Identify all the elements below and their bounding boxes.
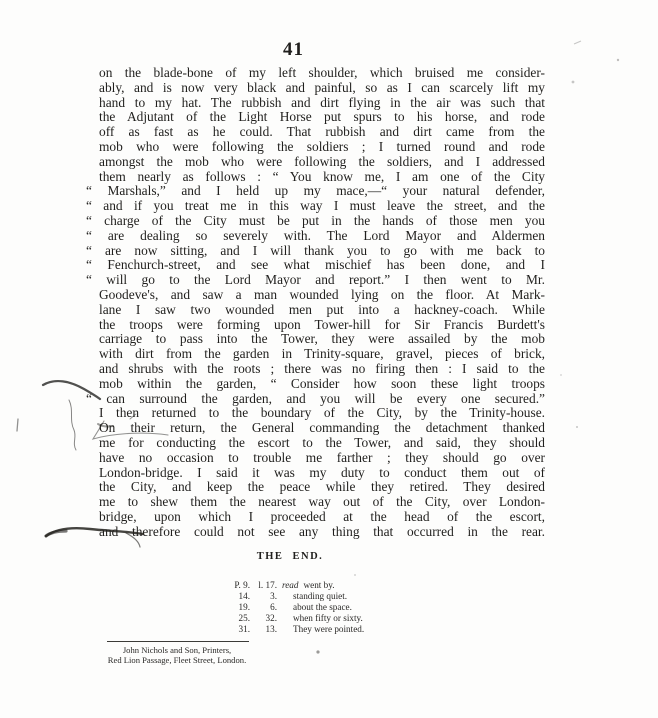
text-line: bridge, upon which I proceeded at the he… bbox=[86, 510, 545, 525]
errata-page-ref: P. 9. bbox=[204, 580, 250, 591]
errata-row: 19.6.about the space. bbox=[204, 602, 364, 613]
imprint-line: Red Lion Passage, Fleet Street, London. bbox=[103, 655, 251, 665]
text-line: have no occasion to trouble me farther ;… bbox=[86, 451, 545, 466]
the-end-label: THE END. bbox=[90, 551, 490, 562]
errata-row: 25.32.when fifty or sixty. bbox=[204, 613, 364, 624]
text-line: and shrubs with the roots ; there was no… bbox=[86, 362, 545, 377]
errata-correction: when fifty or sixty. bbox=[293, 613, 363, 624]
text-line: mob who were following the soldiers ; I … bbox=[86, 140, 545, 155]
text-line: “ charge of the City must be put in the … bbox=[86, 214, 545, 229]
text-line: “ will go to the Lord Mayor and report.”… bbox=[86, 273, 545, 288]
errata-row: 31.13.They were pointed. bbox=[204, 624, 364, 635]
text-line: mob within the garden, “ Consider how so… bbox=[86, 377, 545, 392]
text-line: I then returned to the boundary of the C… bbox=[86, 406, 545, 421]
text-line: on the blade-bone of my left shoulder, w… bbox=[86, 66, 545, 81]
text-line: “ Marshals,” and I held up my mace,—“ yo… bbox=[86, 184, 545, 199]
text-line: ably, and is now very black and painful,… bbox=[86, 81, 545, 96]
text-line: them nearly as follows : “ You know me, … bbox=[86, 170, 545, 185]
text-line: off as fast as he could. That rubbish an… bbox=[86, 125, 545, 140]
text-line: the troops were forming upon Tower-hill … bbox=[86, 318, 545, 333]
text-line: the Adjutant of the Light Horse put spur… bbox=[86, 110, 545, 125]
errata-line-ref: 13. bbox=[250, 624, 277, 635]
errata-block: P. 9.l. 17.readwent by.14.3.standing qui… bbox=[204, 580, 364, 635]
text-line: Goodeve's, and saw a man wounded lying o… bbox=[86, 288, 545, 303]
text-line: On their return, the General commanding … bbox=[86, 421, 545, 436]
text-line: with dirt from the garden in Trinity-squ… bbox=[86, 347, 545, 362]
scanned-book-page: 41 on the blade-bone of my left shoulder… bbox=[0, 0, 658, 718]
text-line: carriage to pass into the Tower, they we… bbox=[86, 332, 545, 347]
errata-line-ref: l. 17. bbox=[250, 580, 277, 591]
errata-page-ref: 19. bbox=[204, 602, 250, 613]
imprint-line: John Nichols and Son, Printers, bbox=[103, 645, 251, 655]
errata-read-label: read bbox=[282, 580, 299, 591]
text-line: hand to my hat. The rubbish and dirt fly… bbox=[86, 96, 545, 111]
errata-correction: went by. bbox=[304, 580, 335, 591]
errata-page-ref: 14. bbox=[204, 591, 250, 602]
errata-row: P. 9.l. 17.readwent by. bbox=[204, 580, 364, 591]
text-line: “ are now sitting, and I will thank you … bbox=[86, 244, 545, 259]
errata-row: 14.3.standing quiet. bbox=[204, 591, 364, 602]
printer-imprint: John Nichols and Son, Printers, Red Lion… bbox=[103, 641, 251, 665]
text-line: “ Fenchurch-street, and see what mischie… bbox=[86, 258, 545, 273]
text-line: London-bridge. I said it was my duty to … bbox=[86, 466, 545, 481]
text-line: lane I saw two wounded men put into a ha… bbox=[86, 303, 545, 318]
imprint-rule bbox=[107, 641, 249, 642]
text-line: “ are dealing so severely with. The Lord… bbox=[86, 229, 545, 244]
errata-line-ref: 3. bbox=[250, 591, 277, 602]
errata-line-ref: 32. bbox=[250, 613, 277, 624]
errata-page-ref: 25. bbox=[204, 613, 250, 624]
text-line: me to shew them the nearest way out of t… bbox=[86, 495, 545, 510]
errata-page-ref: 31. bbox=[204, 624, 250, 635]
errata-line-ref: 6. bbox=[250, 602, 277, 613]
errata-correction: standing quiet. bbox=[293, 591, 347, 602]
body-text: on the blade-bone of my left shoulder, w… bbox=[86, 66, 545, 540]
text-line: “ and if you treat me in this way I must… bbox=[86, 199, 545, 214]
errata-correction: They were pointed. bbox=[293, 624, 364, 635]
text-line: me for conducting the escort to the Towe… bbox=[86, 436, 545, 451]
text-line: the City, and keep the peace while they … bbox=[86, 480, 545, 495]
page-number: 41 bbox=[283, 39, 304, 61]
text-line: amongst the mob who were following the s… bbox=[86, 155, 545, 170]
text-line: “ can surround the garden, and you will … bbox=[86, 392, 545, 407]
text-line: and therefore could not see any thing th… bbox=[86, 525, 545, 540]
errata-correction: about the space. bbox=[293, 602, 352, 613]
